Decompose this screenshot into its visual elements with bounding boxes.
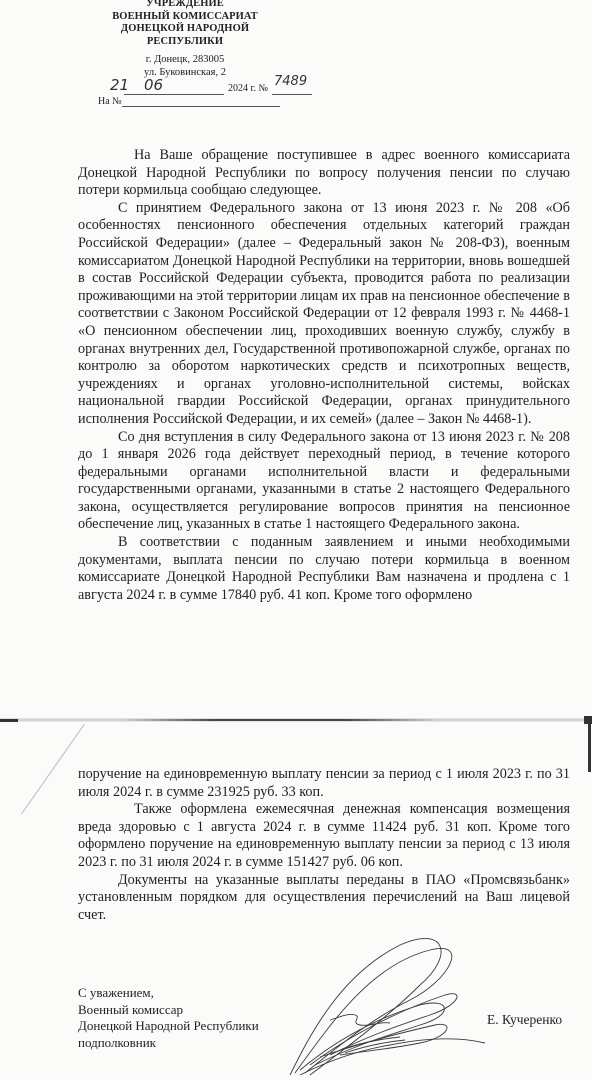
closing-organization: Донецкой Народной Республики (78, 1018, 259, 1035)
number-underline (272, 94, 312, 95)
date-underline (124, 94, 224, 95)
address-city: г. Донецк, 283005 (60, 53, 310, 66)
paper-crease (21, 724, 85, 815)
date-day: 21 (110, 76, 129, 94)
org-name-line-4: РЕСПУБЛИКИ (60, 36, 310, 49)
letterhead: УЧРЕЖДЕНИЕ ВОЕННЫЙ КОМИССАРИАТ ДОНЕЦКОЙ … (60, 0, 310, 79)
paragraph-law-208: С принятием Федерального закона от 13 ию… (78, 200, 570, 429)
tear-shadow (120, 719, 440, 721)
reference-underline (122, 97, 280, 107)
paragraph-transition-period: Со дня вступления в силу Федерального за… (78, 429, 570, 535)
letter-body-part-2: поручение на единовременную выплату пенс… (78, 766, 570, 924)
page-edge-right (588, 722, 591, 772)
date-month: 06 (144, 76, 163, 94)
letter-body-part-1: На Ваше обращение поступившее в адрес во… (78, 147, 570, 604)
paragraph-lump-sum-continued: поручение на единовременную выплату пенс… (78, 766, 570, 801)
closing-block: С уважением, Военный комиссар Донецкой Н… (78, 985, 259, 1051)
signer-name: Е. Кучеренко (487, 1012, 562, 1028)
date-year-label: 2024 г. № (228, 83, 268, 94)
letter-page: УЧРЕЖДЕНИЕ ВОЕННЫЙ КОМИССАРИАТ ДОНЕЦКОЙ … (0, 0, 592, 1080)
handwritten-signature-icon (270, 925, 490, 1080)
org-name-line-2: ВОЕННЫЙ КОМИССАРИАТ (60, 11, 310, 24)
org-name-line-1: УЧРЕЖДЕНИЕ (60, 0, 310, 11)
reference-line: На № (98, 96, 280, 107)
tear-edge-left (0, 719, 18, 722)
org-address: г. Донецк, 283005 ул. Буковинская, 2 (60, 53, 310, 79)
paragraph-compensation: Также оформлена ежемесячная денежная ком… (78, 801, 570, 871)
paragraph-pension-assigned: В соответствии с поданным заявлением и и… (78, 534, 570, 604)
document-number: 7489 (274, 74, 307, 89)
paragraph-intro: На Ваше обращение поступившее в адрес во… (78, 147, 570, 200)
closing-regards: С уважением, (78, 985, 259, 1002)
org-name-line-3: ДОНЕЦКОЙ НАРОДНОЙ (60, 23, 310, 36)
closing-rank: подполковник (78, 1035, 259, 1052)
outgoing-date-number: 21 06 2024 г. № 7489 (104, 80, 294, 96)
closing-position: Военный комиссар (78, 1002, 259, 1019)
address-street: ул. Буковинская, 2 (60, 66, 310, 79)
reference-label: На № (98, 96, 122, 107)
paragraph-bank-transfer: Документы на указанные выплаты переданы … (78, 872, 570, 925)
